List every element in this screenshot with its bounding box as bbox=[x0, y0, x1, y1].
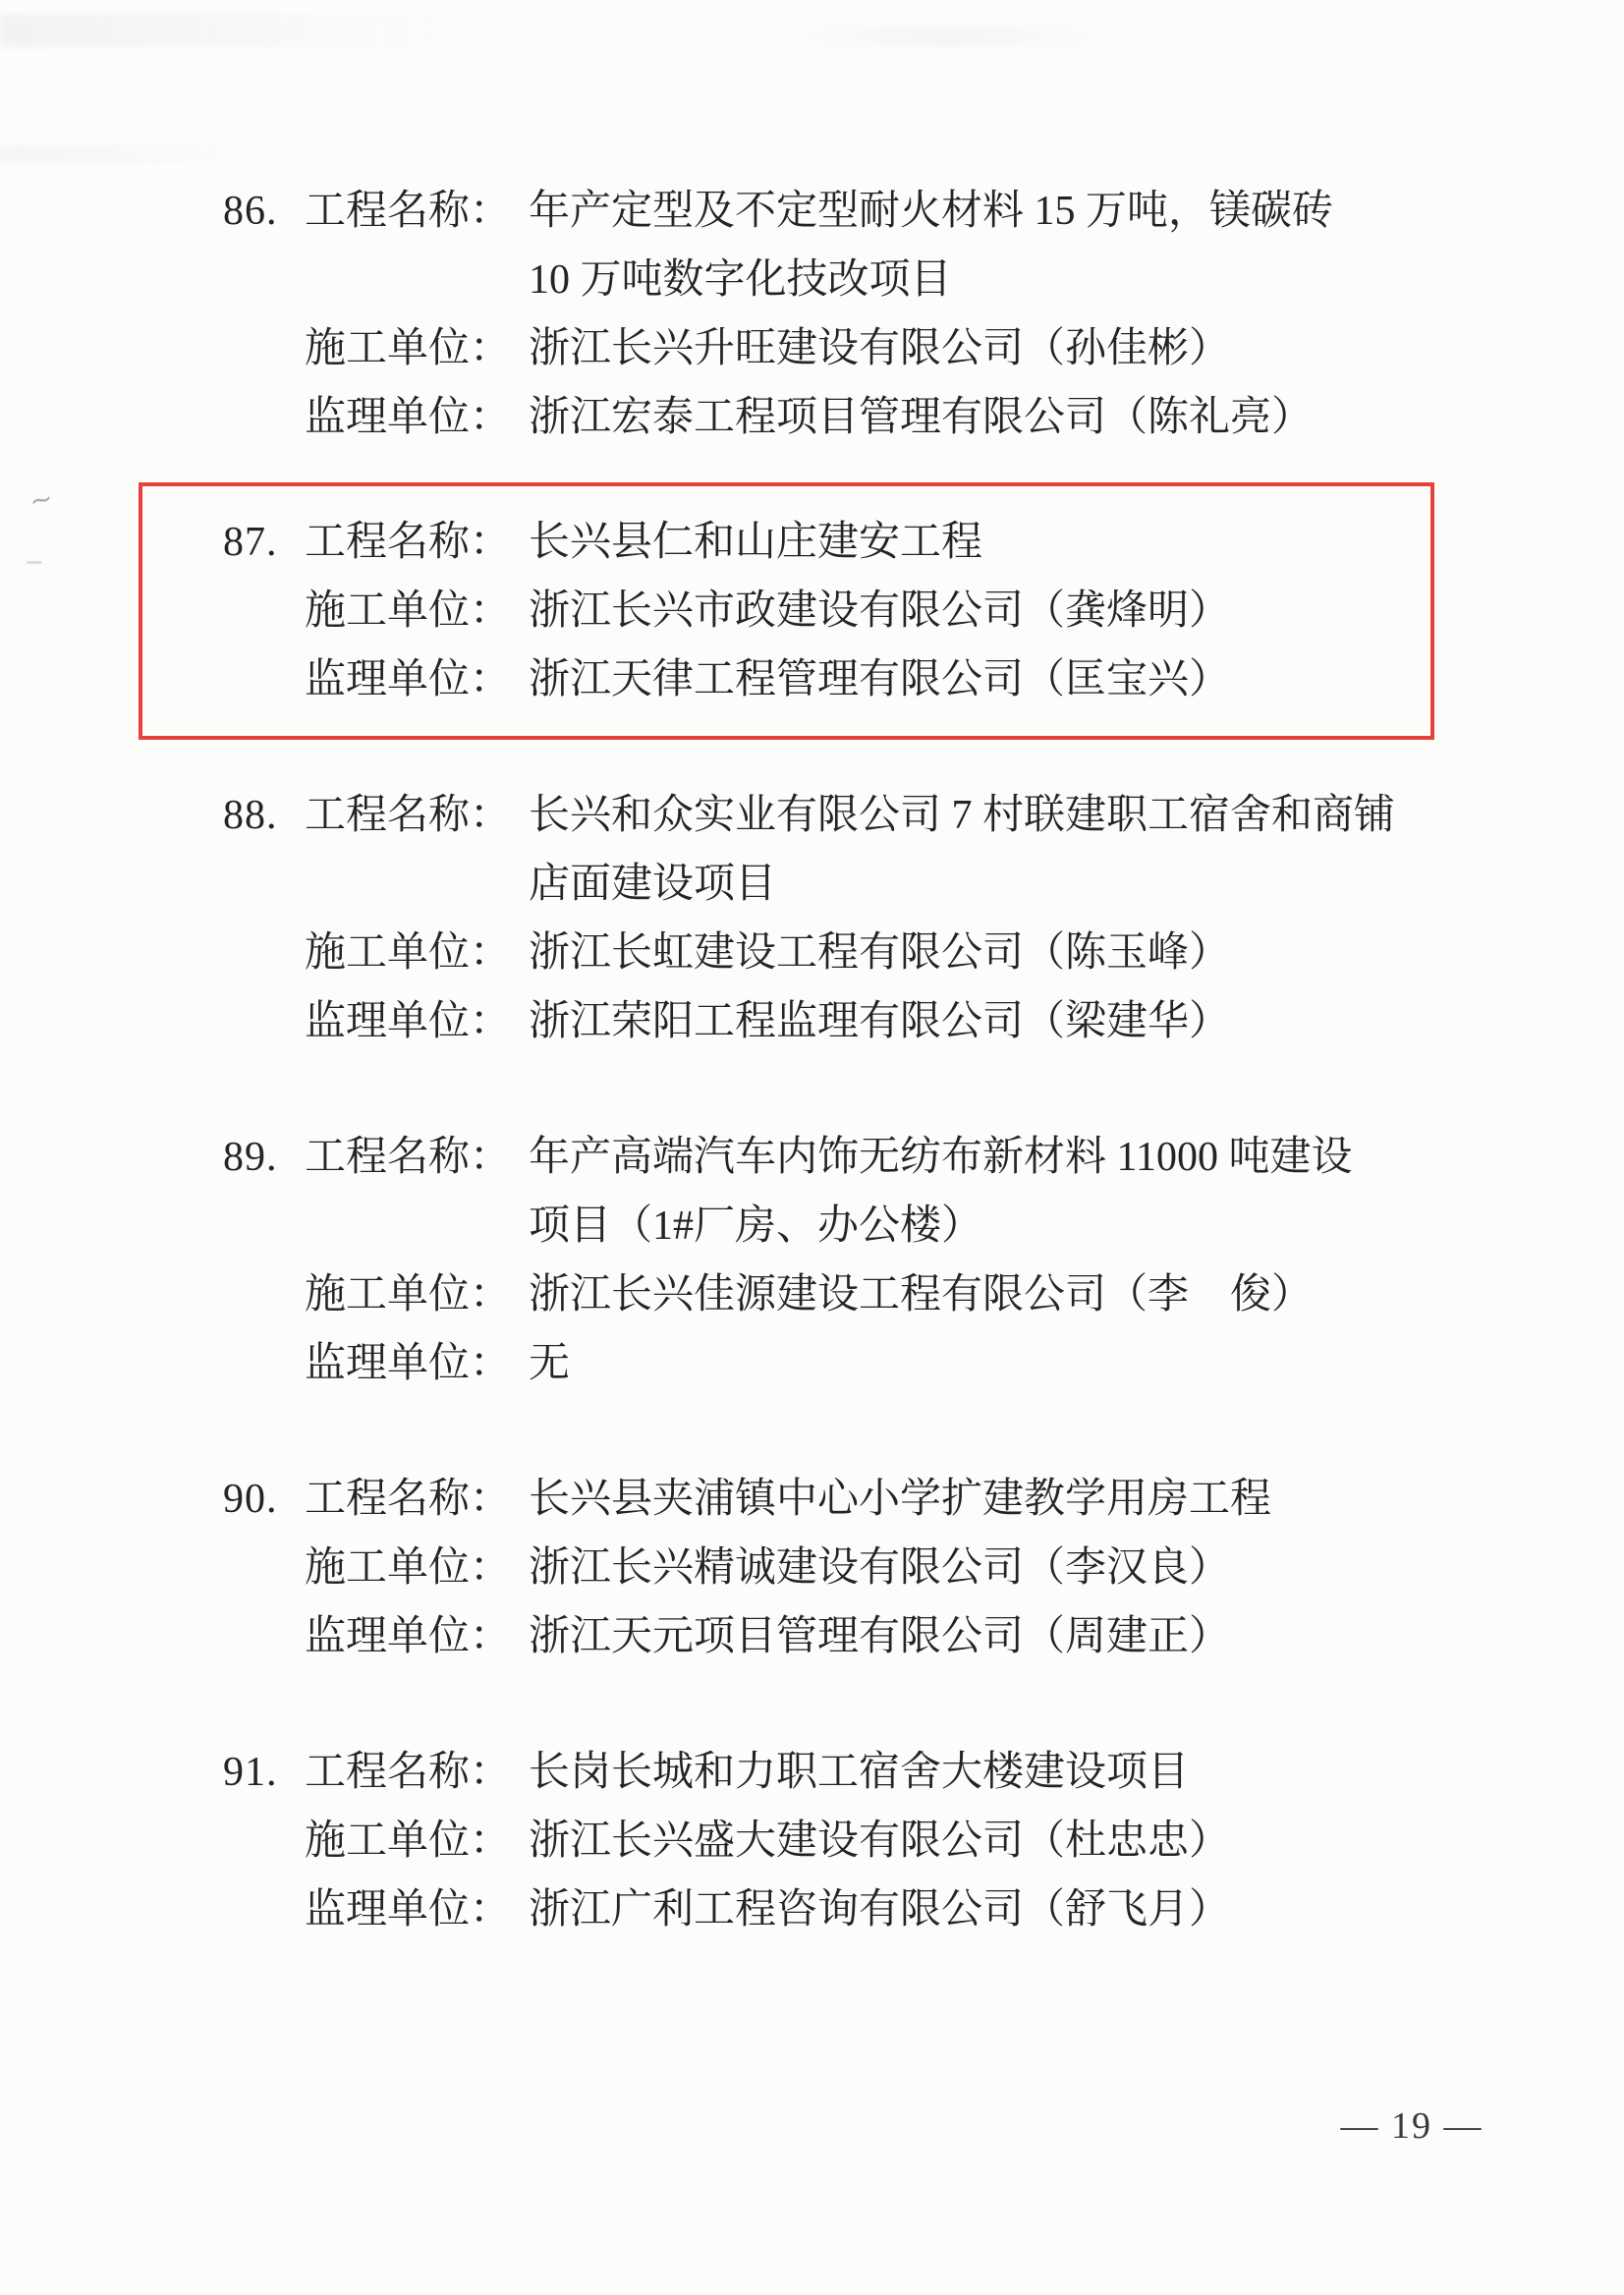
project-item-88: 88. 工程名称： 长兴和众实业有限公司 7 村联建职工宿舍和商铺 店面建设项目… bbox=[223, 781, 1545, 1056]
supervisor-value: 浙江天元项目管理有限公司（周建正） bbox=[529, 1602, 1545, 1671]
project-name-value: 年产高端汽车内饰无纺布新材料 11000 吨建设 bbox=[529, 1123, 1545, 1192]
field-label-project-name: 工程名称： bbox=[305, 1738, 529, 1807]
project-item-87: 87. 工程名称： 长兴县仁和山庄建安工程 施工单位： 浙江长兴市政建设有限公司… bbox=[223, 508, 1545, 714]
supervisor-row: 监理单位： 浙江荣阳工程监理有限公司（梁建华） bbox=[223, 987, 1545, 1056]
project-name-value-line2: 店面建设项目 bbox=[529, 850, 1545, 919]
project-name-value: 长兴县夹浦镇中心小学扩建教学用房工程 bbox=[529, 1465, 1545, 1534]
field-label-supervisor: 监理单位： bbox=[305, 383, 529, 452]
field-label-project-name: 工程名称： bbox=[305, 781, 529, 850]
builder-row: 施工单位： 浙江长兴升旺建设有限公司（孙佳彬） bbox=[223, 314, 1545, 383]
builder-row: 施工单位： 浙江长兴市政建设有限公司（龚烽明） bbox=[223, 577, 1545, 645]
item-number: 87. bbox=[223, 508, 305, 577]
field-label-project-name: 工程名称： bbox=[305, 177, 529, 246]
builder-value: 浙江长虹建设工程有限公司（陈玉峰） bbox=[529, 919, 1545, 987]
field-label-builder: 施工单位： bbox=[305, 577, 529, 645]
project-item-91: 91. 工程名称： 长岗长城和力职工宿舍大楼建设项目 施工单位： 浙江长兴盛大建… bbox=[223, 1738, 1545, 1944]
project-name-value: 长兴县仁和山庄建安工程 bbox=[529, 508, 1545, 577]
field-label-builder: 施工单位： bbox=[305, 919, 529, 987]
project-name-row: 91. 工程名称： 长岗长城和力职工宿舍大楼建设项目 bbox=[223, 1738, 1545, 1807]
project-name-row: 87. 工程名称： 长兴县仁和山庄建安工程 bbox=[223, 508, 1545, 577]
project-name-row: 86. 工程名称： 年产定型及不定型耐火材料 15 万吨，镁碳砖 bbox=[223, 177, 1545, 246]
scan-artifact: ~ bbox=[27, 481, 56, 518]
project-name-value-line2: 10 万吨数字化技改项目 bbox=[529, 246, 1545, 314]
field-label-builder: 施工单位： bbox=[305, 1260, 529, 1329]
project-name-value: 年产定型及不定型耐火材料 15 万吨，镁碳砖 bbox=[529, 177, 1545, 246]
supervisor-row: 监理单位： 浙江广利工程咨询有限公司（舒飞月） bbox=[223, 1875, 1545, 1944]
builder-value: 浙江长兴精诚建设有限公司（李汉良） bbox=[529, 1534, 1545, 1602]
project-name-value: 长岗长城和力职工宿舍大楼建设项目 bbox=[529, 1738, 1545, 1807]
field-label-supervisor: 监理单位： bbox=[305, 1329, 529, 1398]
item-number: 91. bbox=[223, 1738, 305, 1807]
supervisor-value: 浙江广利工程咨询有限公司（舒飞月） bbox=[529, 1875, 1545, 1944]
field-label-project-name: 工程名称： bbox=[305, 508, 529, 577]
item-number: 86. bbox=[223, 177, 305, 246]
project-name-row: 88. 工程名称： 长兴和众实业有限公司 7 村联建职工宿舍和商铺 bbox=[223, 781, 1545, 850]
project-name-value-line2: 项目（1#厂房、办公楼） bbox=[529, 1192, 1545, 1260]
project-name-continuation-row: 项目（1#厂房、办公楼） bbox=[223, 1192, 1545, 1260]
project-name-continuation-row: 店面建设项目 bbox=[223, 850, 1545, 919]
project-name-row: 90. 工程名称： 长兴县夹浦镇中心小学扩建教学用房工程 bbox=[223, 1465, 1545, 1534]
project-name-continuation-row: 10 万吨数字化技改项目 bbox=[223, 246, 1545, 314]
field-label-builder: 施工单位： bbox=[305, 1534, 529, 1602]
scan-smudge bbox=[0, 145, 255, 163]
project-item-90: 90. 工程名称： 长兴县夹浦镇中心小学扩建教学用房工程 施工单位： 浙江长兴精… bbox=[223, 1465, 1545, 1671]
page-number: — 19 — bbox=[1338, 2102, 1485, 2150]
project-list: 86. 工程名称： 年产定型及不定型耐火材料 15 万吨，镁碳砖 10 万吨数字… bbox=[223, 177, 1545, 2011]
field-label-supervisor: 监理单位： bbox=[305, 645, 529, 714]
item-number: 90. bbox=[223, 1465, 305, 1534]
builder-row: 施工单位： 浙江长兴精诚建设有限公司（李汉良） bbox=[223, 1534, 1545, 1602]
field-label-supervisor: 监理单位： bbox=[305, 1602, 529, 1671]
scan-smudge bbox=[786, 26, 1110, 47]
supervisor-row: 监理单位： 无 bbox=[223, 1329, 1545, 1398]
project-item-89: 89. 工程名称： 年产高端汽车内饰无纺布新材料 11000 吨建设 项目（1#… bbox=[223, 1123, 1545, 1398]
project-item-86: 86. 工程名称： 年产定型及不定型耐火材料 15 万吨，镁碳砖 10 万吨数字… bbox=[223, 177, 1545, 452]
field-label-builder: 施工单位： bbox=[305, 1807, 529, 1875]
document-page: ~ 86. 工程名称： 年产定型及不定型耐火材料 15 万吨，镁碳砖 10 万吨… bbox=[0, 0, 1624, 2295]
supervisor-value: 浙江宏泰工程项目管理有限公司（陈礼亮） bbox=[529, 383, 1545, 452]
supervisor-row: 监理单位： 浙江宏泰工程项目管理有限公司（陈礼亮） bbox=[223, 383, 1545, 452]
supervisor-value: 无 bbox=[529, 1329, 1545, 1398]
builder-row: 施工单位： 浙江长虹建设工程有限公司（陈玉峰） bbox=[223, 919, 1545, 987]
item-number: 88. bbox=[223, 781, 305, 850]
project-name-row: 89. 工程名称： 年产高端汽车内饰无纺布新材料 11000 吨建设 bbox=[223, 1123, 1545, 1192]
builder-value: 浙江长兴盛大建设有限公司（杜忠忠） bbox=[529, 1807, 1545, 1875]
supervisor-value: 浙江荣阳工程监理有限公司（梁建华） bbox=[529, 987, 1545, 1056]
field-label-supervisor: 监理单位： bbox=[305, 987, 529, 1056]
field-label-builder: 施工单位： bbox=[305, 314, 529, 383]
field-label-supervisor: 监理单位： bbox=[305, 1875, 529, 1944]
scan-artifact bbox=[27, 561, 42, 564]
builder-value: 浙江长兴佳源建设工程有限公司（李 俊） bbox=[529, 1260, 1545, 1329]
builder-row: 施工单位： 浙江长兴盛大建设有限公司（杜忠忠） bbox=[223, 1807, 1545, 1875]
field-label-project-name: 工程名称： bbox=[305, 1465, 529, 1534]
project-name-value: 长兴和众实业有限公司 7 村联建职工宿舍和商铺 bbox=[529, 781, 1545, 850]
supervisor-value: 浙江天律工程管理有限公司（匡宝兴） bbox=[529, 645, 1545, 714]
supervisor-row: 监理单位： 浙江天元项目管理有限公司（周建正） bbox=[223, 1602, 1545, 1671]
builder-value: 浙江长兴市政建设有限公司（龚烽明） bbox=[529, 577, 1545, 645]
supervisor-row: 监理单位： 浙江天律工程管理有限公司（匡宝兴） bbox=[223, 645, 1545, 714]
item-number: 89. bbox=[223, 1123, 305, 1192]
field-label-project-name: 工程名称： bbox=[305, 1123, 529, 1192]
scan-smudge bbox=[0, 14, 511, 47]
builder-row: 施工单位： 浙江长兴佳源建设工程有限公司（李 俊） bbox=[223, 1260, 1545, 1329]
builder-value: 浙江长兴升旺建设有限公司（孙佳彬） bbox=[529, 314, 1545, 383]
